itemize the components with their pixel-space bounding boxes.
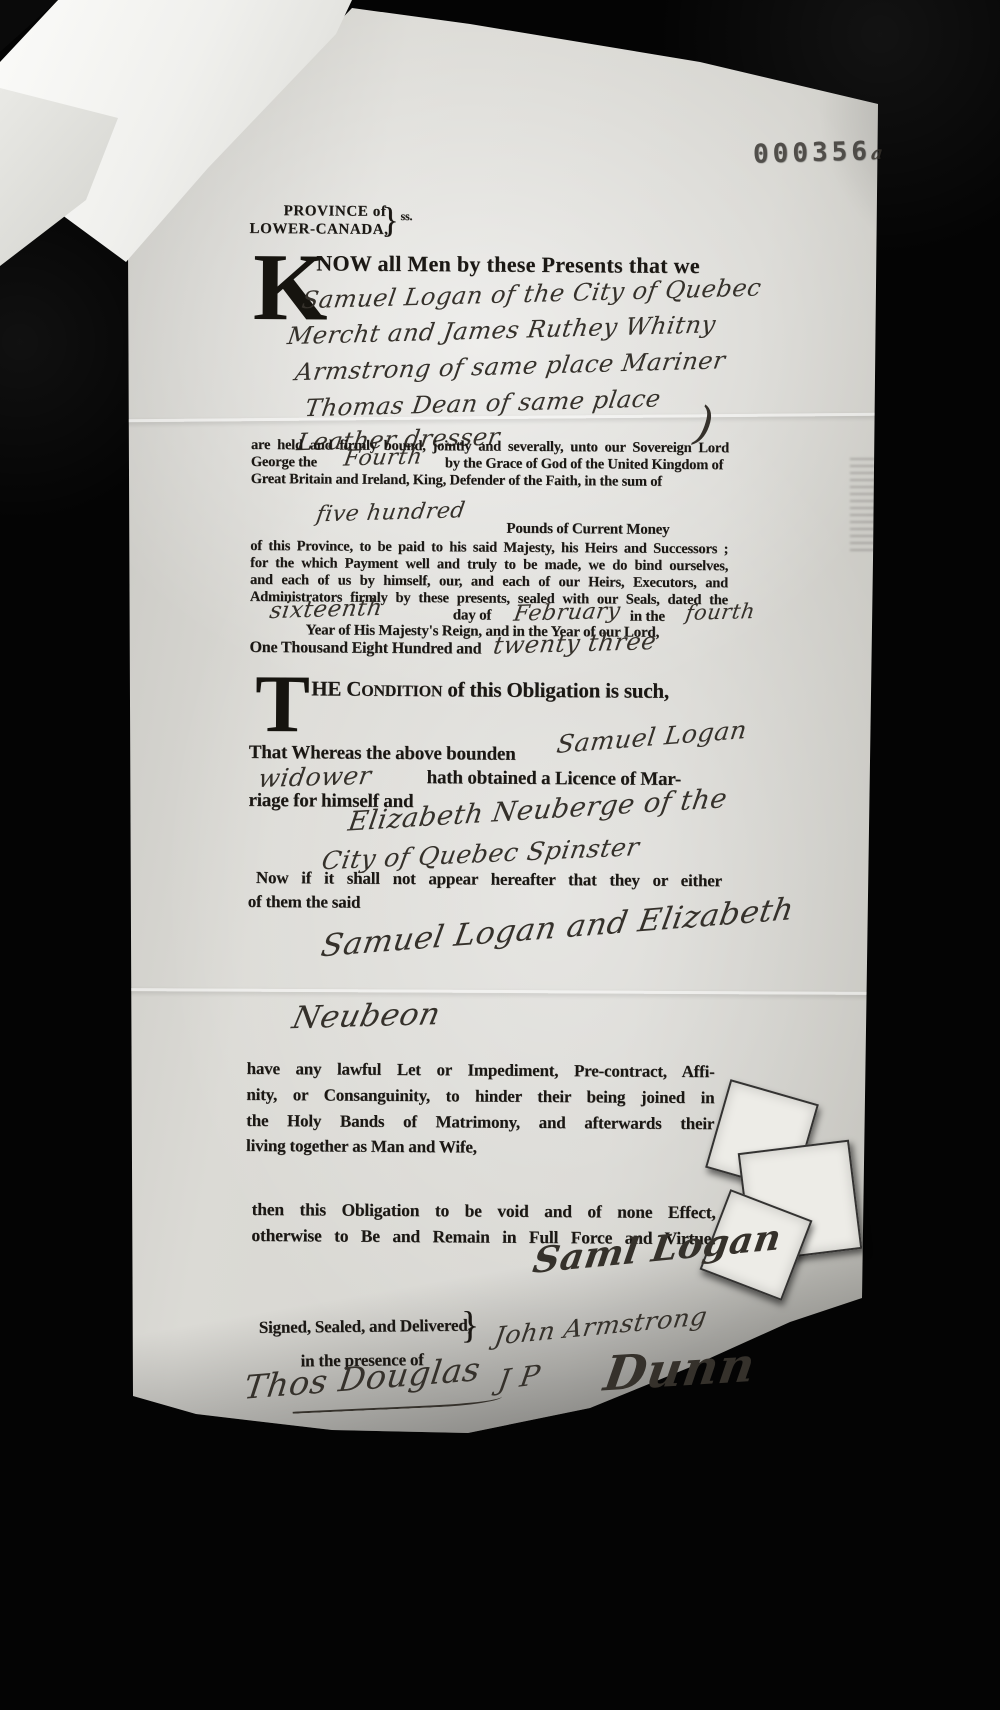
obligation-line: in the <box>630 609 665 626</box>
handwritten-couple-line: Samuel Logan and Elizabeth <box>318 891 796 964</box>
obligation-line: George the <box>251 454 317 471</box>
witness-signature-dunn: Dunn <box>600 1337 759 1402</box>
attestation-label: Signed, Sealed, and Delivered, <box>259 1316 472 1338</box>
handwritten-king: Fourth <box>342 444 424 471</box>
obligation-line-mid: and <box>332 472 362 488</box>
condition-lead: HE C <box>311 676 361 700</box>
serial-number: 000356 <box>753 136 872 169</box>
obligation-line: by the Grace of God of the United Kingdo… <box>445 455 723 474</box>
italic-great-britain: Great Britain <box>251 471 332 488</box>
impediment-line: living together as Man and Wife, <box>246 1133 714 1162</box>
whereas-line: That Whereas the above bounden <box>249 742 516 766</box>
condition-dropcap-T: T <box>255 672 310 736</box>
condition-rest: of this Obligation is such, <box>442 677 669 703</box>
handwritten-parties-line: Thomas Dean of same place <box>303 384 663 422</box>
province-heading-line1: PROVINCE of <box>284 203 387 221</box>
condition-line: HE CONDITION of this Obligation is such, <box>311 676 669 703</box>
serial-flourish: a <box>870 143 884 165</box>
impediment-line: nity, or Consanguinity, to hinder their … <box>246 1082 714 1111</box>
opening-line: NOW all Men by these Presents that we <box>316 250 700 279</box>
handwritten-year: twenty three <box>492 627 659 659</box>
attestation-brace: } <box>461 1303 479 1347</box>
handwritten-sum: five hundred <box>315 498 467 527</box>
obligation-line: One Thousand Eight Hundred and <box>250 639 482 659</box>
handwritten-couple-line: Neubeon <box>289 996 444 1036</box>
whereas-line: Now if it shall not appear hereafter tha… <box>256 868 722 891</box>
obligation-line: day of <box>453 607 492 624</box>
obligation-line-rest: King, Defender of the Faith, in the sum … <box>409 472 662 490</box>
witness-initials: J P <box>496 1359 543 1397</box>
impediment-paragraph: have any lawful Let or Impediment, Pre-c… <box>246 1056 715 1162</box>
province-brace: } <box>381 199 398 241</box>
handwritten-reign-year: fourth <box>684 599 757 625</box>
handwritten-status: widower <box>257 761 374 793</box>
handwritten-month: February <box>512 599 622 627</box>
document-content: 000356a PROVINCE of LOWER-CANADA, } ss. … <box>0 0 1000 1710</box>
serial-stamp: 000356a <box>753 136 883 170</box>
handwritten-day: sixteenth <box>268 595 384 624</box>
impediment-line: the Holy Bands of Matrimony, and afterwa… <box>246 1108 714 1137</box>
obligation-line: Pounds of Current Money <box>506 521 669 539</box>
impediment-line: have any lawful Let or Impediment, Pre-c… <box>247 1056 715 1085</box>
obligation-line: Great Britain and Ireland, King, Defende… <box>251 471 662 491</box>
void-clause-line: then this Obligation to be void and of n… <box>252 1196 716 1225</box>
whereas-line: hath obtained a Licence of Mar- <box>427 767 681 791</box>
condition-smallcaps: ONDITION <box>361 683 442 701</box>
handwritten-parties-line: Armstrong of same place Mariner <box>293 346 727 386</box>
obligation-line: are held and firmly bound, jointly and s… <box>251 437 729 457</box>
handwritten-parties-line: Mercht and James Ruthey Whitny <box>286 310 718 350</box>
whereas-line: of them the said <box>248 892 361 913</box>
ss-abbrev: ss. <box>401 209 413 224</box>
document-scan-background: 000356a PROVINCE of LOWER-CANADA, } ss. … <box>0 0 1000 1710</box>
handwritten-groom: Samuel Logan <box>555 715 749 759</box>
handwritten-parties-line: Samuel Logan of the City of Quebec <box>300 274 763 315</box>
italic-ireland: Ireland, <box>362 472 410 488</box>
